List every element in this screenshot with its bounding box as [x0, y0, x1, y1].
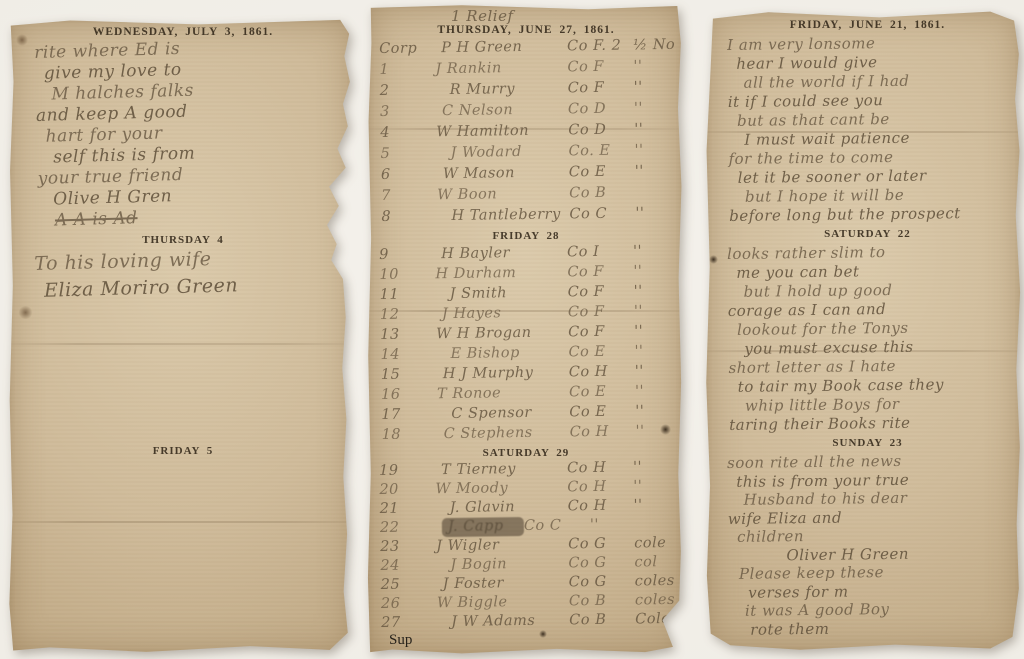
roster-ditto: ''	[634, 119, 674, 141]
roster-name: J Rankin	[435, 57, 567, 80]
roster-ditto: ''	[634, 341, 674, 362]
roster-number: 10	[379, 265, 409, 285]
diary-page-left: WEDNESDAY, JULY 3, 1861.rite where Ed is…	[8, 18, 354, 655]
roster-row: 8H TantleberryCo C''	[381, 203, 675, 228]
printed-date-header: SUNDAY 23	[727, 437, 1008, 449]
roster-company: Co E	[569, 381, 635, 402]
roster-name: T Ronoe	[437, 382, 569, 404]
printed-date-header: SATURDAY 29	[379, 447, 673, 459]
roster-company: Co F	[568, 321, 634, 342]
diary-entry-section: FRIDAY 289H BaylerCo I''10H DurhamCo F''…	[379, 230, 673, 445]
roster-company: Co E	[569, 161, 635, 183]
roster-number: 9	[379, 245, 409, 265]
roster-name: J Hayes	[442, 302, 568, 324]
printed-date-header: FRIDAY 5	[34, 445, 332, 457]
roster-name: C Nelson	[442, 99, 568, 122]
roster-number: 11	[380, 285, 410, 305]
roster-ditto: ''	[634, 321, 674, 342]
roster-ditto: coles	[635, 591, 675, 611]
roster-number: 4	[380, 123, 410, 144]
roster-ditto: ''	[633, 458, 673, 478]
roster-name: W Boon	[437, 183, 569, 206]
roster-company: Co G	[568, 534, 634, 554]
handwritten-note: 1 Relief	[451, 8, 673, 24]
roster-company: Co G	[568, 553, 634, 573]
printed-date-header: THURSDAY, JUNE 27, 1861.	[379, 24, 673, 36]
roster-company: Co D	[568, 119, 634, 141]
roster-company: Co F	[568, 281, 634, 302]
roster-name: H Bayler	[441, 242, 567, 264]
roster-number: 1	[379, 60, 409, 81]
diary-entry-section: SUNDAY 23soon rite all the newsthis is f…	[727, 437, 1008, 639]
handwritten-line: taring their Books rite	[729, 413, 1010, 435]
roster-ditto: ½ No	[633, 35, 673, 57]
roster-number: 19	[379, 462, 409, 481]
roster-ditto: col	[634, 553, 674, 573]
handwriting-block: soon rite all the newsthis is from your …	[727, 451, 1010, 639]
roster-number: 17	[381, 405, 411, 425]
roster-company: Co. E	[568, 140, 634, 162]
roster-name: H Tantleberry	[451, 204, 569, 227]
roster-number: 6	[381, 165, 411, 186]
diary-entry-section: SATURDAY 2919T TierneyCo H''20W MoodyCo …	[379, 447, 673, 633]
roster-ditto: ''	[635, 381, 675, 402]
roster-ditto: ''	[634, 301, 674, 322]
roster-ditto: ''	[634, 98, 674, 120]
roster-ditto: ''	[633, 56, 673, 78]
roster-name: J Wigler	[436, 535, 568, 556]
roster-row: 18C StephensCo H''	[382, 421, 676, 445]
roster-number: 20	[379, 481, 409, 500]
roster-name: J Smith	[450, 282, 568, 304]
handwriting-block: looks rather slim tome you can betbut I …	[727, 242, 1010, 435]
roster-row: 27J W AdamsCo BColes	[381, 610, 675, 633]
roster-company: Co F	[567, 56, 633, 78]
roster-number: 8	[381, 207, 411, 228]
roster-number: 16	[381, 385, 411, 405]
guard-roster: CorpP H GreenCo F. 2½ No1J RankinCo F''2…	[379, 35, 676, 228]
printed-date-header: SATURDAY 22	[727, 228, 1008, 240]
roster-ditto: ''	[633, 261, 673, 282]
roster-number: 22	[380, 519, 410, 538]
roster-company: Co F. 2	[567, 35, 633, 57]
roster-name: W Mason	[443, 162, 569, 185]
roster-ditto: ''	[635, 161, 675, 183]
roster-name: C Spensor	[451, 402, 569, 424]
roster-name: H Durham	[435, 262, 567, 284]
roster-company: Co H	[569, 421, 635, 442]
roster-name: E Bishop	[450, 342, 568, 364]
handwriting-block: rite where Ed isgive my love toM halches…	[34, 35, 337, 232]
roster-number: Corp	[379, 39, 409, 60]
roster-name: C Stephens	[444, 422, 570, 444]
printed-date-header: FRIDAY, JUNE 21, 1861.	[727, 19, 1008, 31]
paper-sheet: 1 ReliefTHURSDAY, JUNE 27, 1861.CorpP H …	[367, 4, 683, 656]
roster-number: 25	[381, 576, 411, 595]
diary-entry-section: THURSDAY, JUNE 27, 1861.CorpP H GreenCo …	[379, 24, 673, 228]
paper-sheet: WEDNESDAY, JULY 3, 1861.rite where Ed is…	[8, 18, 354, 655]
roster-ditto	[635, 182, 675, 204]
roster-ditto: ''	[633, 477, 673, 497]
roster-company: Co H	[567, 477, 633, 497]
roster-name: R Murry	[450, 78, 568, 101]
roster-number: 27	[381, 614, 411, 633]
roster-name: J. Capp	[442, 517, 524, 537]
roster-ditto: coles	[635, 572, 675, 592]
diary-entry-section: FRIDAY 5	[34, 445, 332, 457]
roster-company: Co B	[569, 182, 635, 204]
page-content: WEDNESDAY, JULY 3, 1861.rite where Ed is…	[8, 18, 354, 655]
diary-page-middle: 1 ReliefTHURSDAY, JUNE 27, 1861.CorpP H …	[367, 4, 683, 656]
page-content: 1 ReliefTHURSDAY, JUNE 27, 1861.CorpP H …	[367, 4, 683, 656]
roster-name: J Wodard	[450, 141, 568, 164]
diary-page-right: FRIDAY, JUNE 21, 1861.I am very lonsomeh…	[705, 9, 1022, 653]
roster-name: T Tierney	[441, 459, 567, 480]
roster-company: Co C	[569, 203, 635, 225]
roster-company: Co F	[568, 301, 634, 322]
roster-company: Co C	[524, 516, 590, 536]
roster-company: Co G	[569, 572, 635, 592]
roster-number: 5	[380, 144, 410, 165]
roster-company: Co E	[569, 401, 635, 422]
roster-name: J Foster	[443, 573, 569, 594]
roster-name: J. Glavin	[450, 497, 568, 518]
roster-company: Co I	[567, 241, 633, 262]
roster-name: W Moody	[435, 478, 567, 499]
roster-ditto: ''	[634, 496, 674, 516]
roster-ditto: ''	[633, 241, 673, 262]
roster-name: J W Adams	[451, 611, 569, 632]
roster-ditto: ''	[634, 140, 674, 162]
roster-company: Co H	[567, 458, 633, 478]
roster-number: 18	[382, 425, 412, 445]
handwriting-block: I am very lonsomehear I would giveall th…	[727, 33, 1010, 226]
handwritten-line: rote them	[729, 617, 1010, 639]
roster-company: Co H	[569, 361, 635, 382]
diary-entry-section: THURSDAY 4To his loving wifeEliza Moriro…	[34, 234, 332, 305]
roster-name: J Bogin	[450, 554, 568, 575]
roster-ditto: ''	[590, 516, 630, 536]
roster-ditto: ''	[635, 421, 675, 442]
roster-company: Co D	[568, 98, 634, 120]
roster-company: Co B	[569, 591, 635, 611]
roster-number: 24	[380, 557, 410, 576]
roster-company: Co H	[568, 496, 634, 516]
roster-ditto: ''	[634, 281, 674, 302]
handwritten-footer: Sup	[389, 632, 673, 649]
roster-name: P H Green	[441, 36, 567, 59]
roster-ditto: Coles	[635, 610, 675, 630]
roster-number: 21	[380, 500, 410, 519]
roster-name: H J Murphy	[443, 362, 569, 384]
printed-date-header: FRIDAY 28	[379, 230, 673, 242]
scanned-document: WEDNESDAY, JULY 3, 1861.rite where Ed is…	[0, 0, 1024, 659]
guard-roster: 19T TierneyCo H''20W MoodyCo H''21J. Gla…	[379, 458, 675, 633]
paper-sheet: FRIDAY, JUNE 21, 1861.I am very lonsomeh…	[705, 9, 1022, 653]
roster-ditto: ''	[635, 203, 675, 225]
roster-ditto: ''	[635, 401, 675, 422]
roster-name: W Hamilton	[436, 120, 568, 143]
roster-number: 2	[380, 81, 410, 102]
roster-number: 15	[381, 365, 411, 385]
roster-number: 12	[380, 305, 410, 325]
roster-company: Co B	[569, 610, 635, 630]
diary-entry-section: SATURDAY 22looks rather slim tome you ca…	[727, 228, 1008, 435]
guard-roster: 9H BaylerCo I''10H DurhamCo F''11J Smith…	[379, 241, 676, 445]
roster-ditto: ''	[634, 77, 674, 99]
roster-company: Co F	[568, 77, 634, 99]
roster-number: 3	[380, 102, 410, 123]
roster-number: 13	[380, 325, 410, 345]
handwriting-block: To his loving wifeEliza Moriro Green	[34, 243, 333, 305]
diary-entry-section: FRIDAY, JUNE 21, 1861.I am very lonsomeh…	[727, 19, 1008, 226]
handwritten-line: before long but the prospect	[729, 204, 1010, 226]
roster-company: Co E	[568, 341, 634, 362]
roster-company: Co F	[567, 261, 633, 282]
roster-number: 14	[380, 345, 410, 365]
page-content: FRIDAY, JUNE 21, 1861.I am very lonsomeh…	[705, 9, 1022, 653]
roster-number: 7	[381, 186, 411, 207]
roster-name: W H Brogan	[436, 322, 568, 344]
roster-name: W Biggle	[437, 592, 569, 613]
roster-ditto: cole	[634, 534, 674, 554]
roster-ditto: ''	[635, 361, 675, 382]
diary-entry-section: WEDNESDAY, JULY 3, 1861.rite where Ed is…	[34, 26, 332, 232]
roster-number: 23	[380, 538, 410, 557]
roster-number: 26	[381, 595, 411, 614]
